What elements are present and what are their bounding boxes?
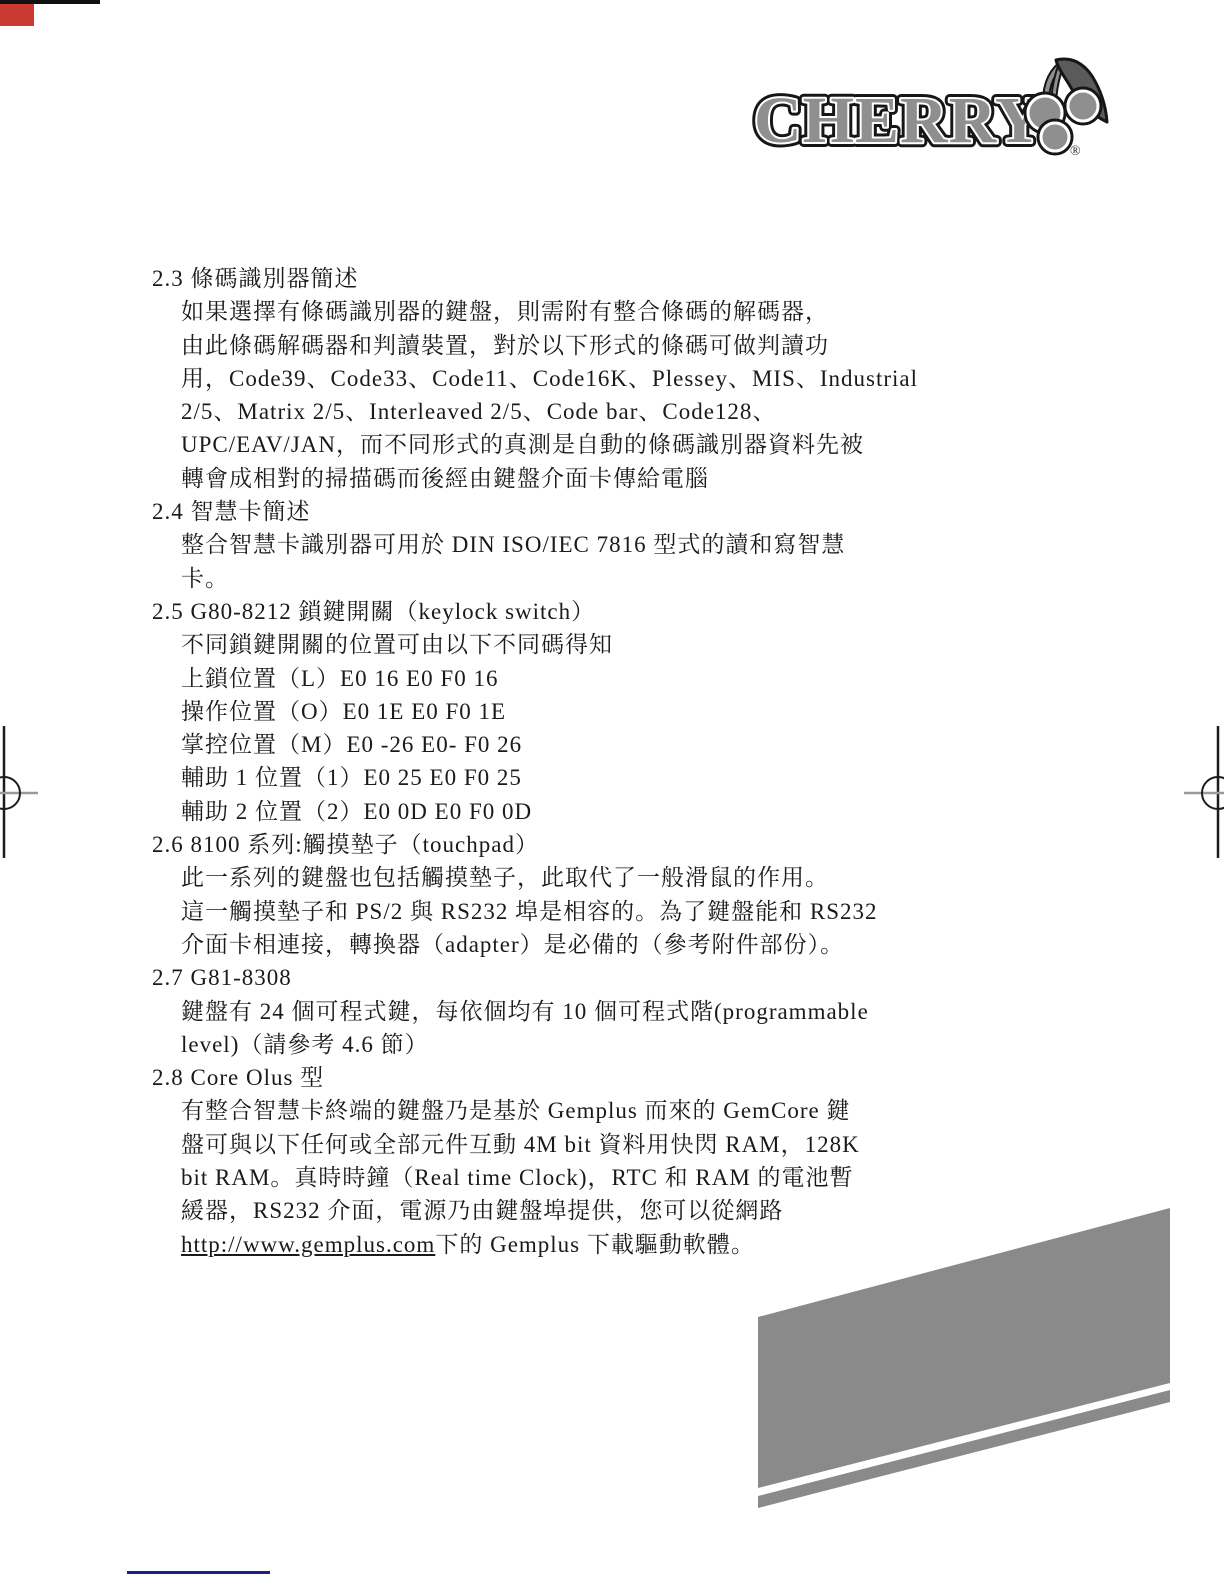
text-line: level)（請參考 4.6 節） [152, 1028, 908, 1061]
section-heading: 2.8 Core Olus 型 [152, 1061, 908, 1094]
text-line: 上鎖位置（L）E0 16 E0 F0 16 [152, 662, 908, 695]
text-line: bit RAM。真時時鐘（Real time Clock)，RTC 和 RAM … [152, 1161, 908, 1194]
text-line: 如果選擇有條碼識別器的鍵盤，則需附有整合條碼的解碼器， [152, 295, 908, 328]
text-line: 卡。 [152, 562, 908, 595]
text-line: 由此條碼解碼器和判讀裝置，對於以下形式的條碼可做判讀功 [152, 329, 908, 362]
text-line: 整合智慧卡識別器可用於 DIN ISO/IEC 7816 型式的讀和寫智慧 [152, 528, 908, 561]
registration-mark-right [1180, 718, 1224, 866]
scanned-manual-page: CHERRY CHERRY ® [0, 0, 1224, 1584]
cherries-icon [1025, 59, 1107, 154]
text-line: 用，Code39、Code33、Code11、Code16K、Plessey、M… [152, 362, 908, 395]
text-line: 介面卡相連接，轉換器（adapter）是必備的（參考附件部份）。 [152, 928, 908, 961]
text-line: 這一觸摸墊子和 PS/2 與 RS232 埠是相容的。為了鍵盤能和 RS232 [152, 895, 908, 928]
cherry-logo-graphic: CHERRY CHERRY ® [750, 56, 1110, 164]
text-line: 輔助 1 位置（1）E0 25 E0 F0 25 [152, 761, 908, 794]
registration-mark-left [0, 718, 44, 866]
decorative-panel [750, 1200, 1180, 1515]
text-line: 鍵盤有 24 個可程式鍵，每依個均有 10 個可程式階(programmable [152, 995, 908, 1028]
section-heading: 2.3 條碼識別器簡述 [152, 262, 908, 295]
text-fragment: 下的 Gemplus 下載驅動軟體。 [435, 1232, 755, 1257]
section-heading: 2.6 8100 系列:觸摸墊子（touchpad） [152, 828, 908, 861]
text-line: 掌控位置（M）E0 -26 E0- F0 26 [152, 728, 908, 761]
section-heading: 2.5 G80-8212 鎖鍵開關（keylock switch） [152, 595, 908, 628]
bottom-print-mark [127, 1571, 270, 1574]
text-line: 輔助 2 位置（2）E0 0D E0 F0 0D [152, 795, 908, 828]
text-line: 有整合智慧卡終端的鍵盤乃是基於 Gemplus 而來的 GemCore 鍵 [152, 1094, 908, 1127]
text-line: 操作位置（O）E0 1E E0 F0 1E [152, 695, 908, 728]
section-heading: 2.4 智慧卡簡述 [152, 495, 908, 528]
text-line: 不同鎖鍵開關的位置可由以下不同碼得知 [152, 628, 908, 661]
svg-text:CHERRY: CHERRY [754, 84, 1044, 157]
registered-trademark: ® [1070, 144, 1081, 159]
url-text: http://www.gemplus.com [181, 1232, 435, 1257]
document-text-block: 2.3 條碼識別器簡述如果選擇有條碼識別器的鍵盤，則需附有整合條碼的解碼器，由此… [152, 262, 908, 1261]
corner-color-patch [0, 4, 34, 26]
text-line: 2/5、Matrix 2/5、Interleaved 2/5、Code bar、… [152, 395, 908, 428]
text-line: 盤可與以下任何或全部元件互動 4M bit 資料用快閃 RAM，128K [152, 1128, 908, 1161]
cherry-wordmark: CHERRY CHERRY [754, 84, 1044, 157]
text-line: 轉會成相對的掃描碼而後經由鍵盤介面卡傳給電腦 [152, 462, 908, 495]
section-heading: 2.7 G81-8308 [152, 961, 908, 994]
cherry-logo: CHERRY CHERRY ® [750, 56, 1110, 164]
text-line: 此一系列的鍵盤也包括觸摸墊子，此取代了一般滑鼠的作用。 [152, 861, 908, 894]
text-line: UPC/EAV/JAN，而不同形式的真測是自動的條碼識別器資料先被 [152, 428, 908, 461]
